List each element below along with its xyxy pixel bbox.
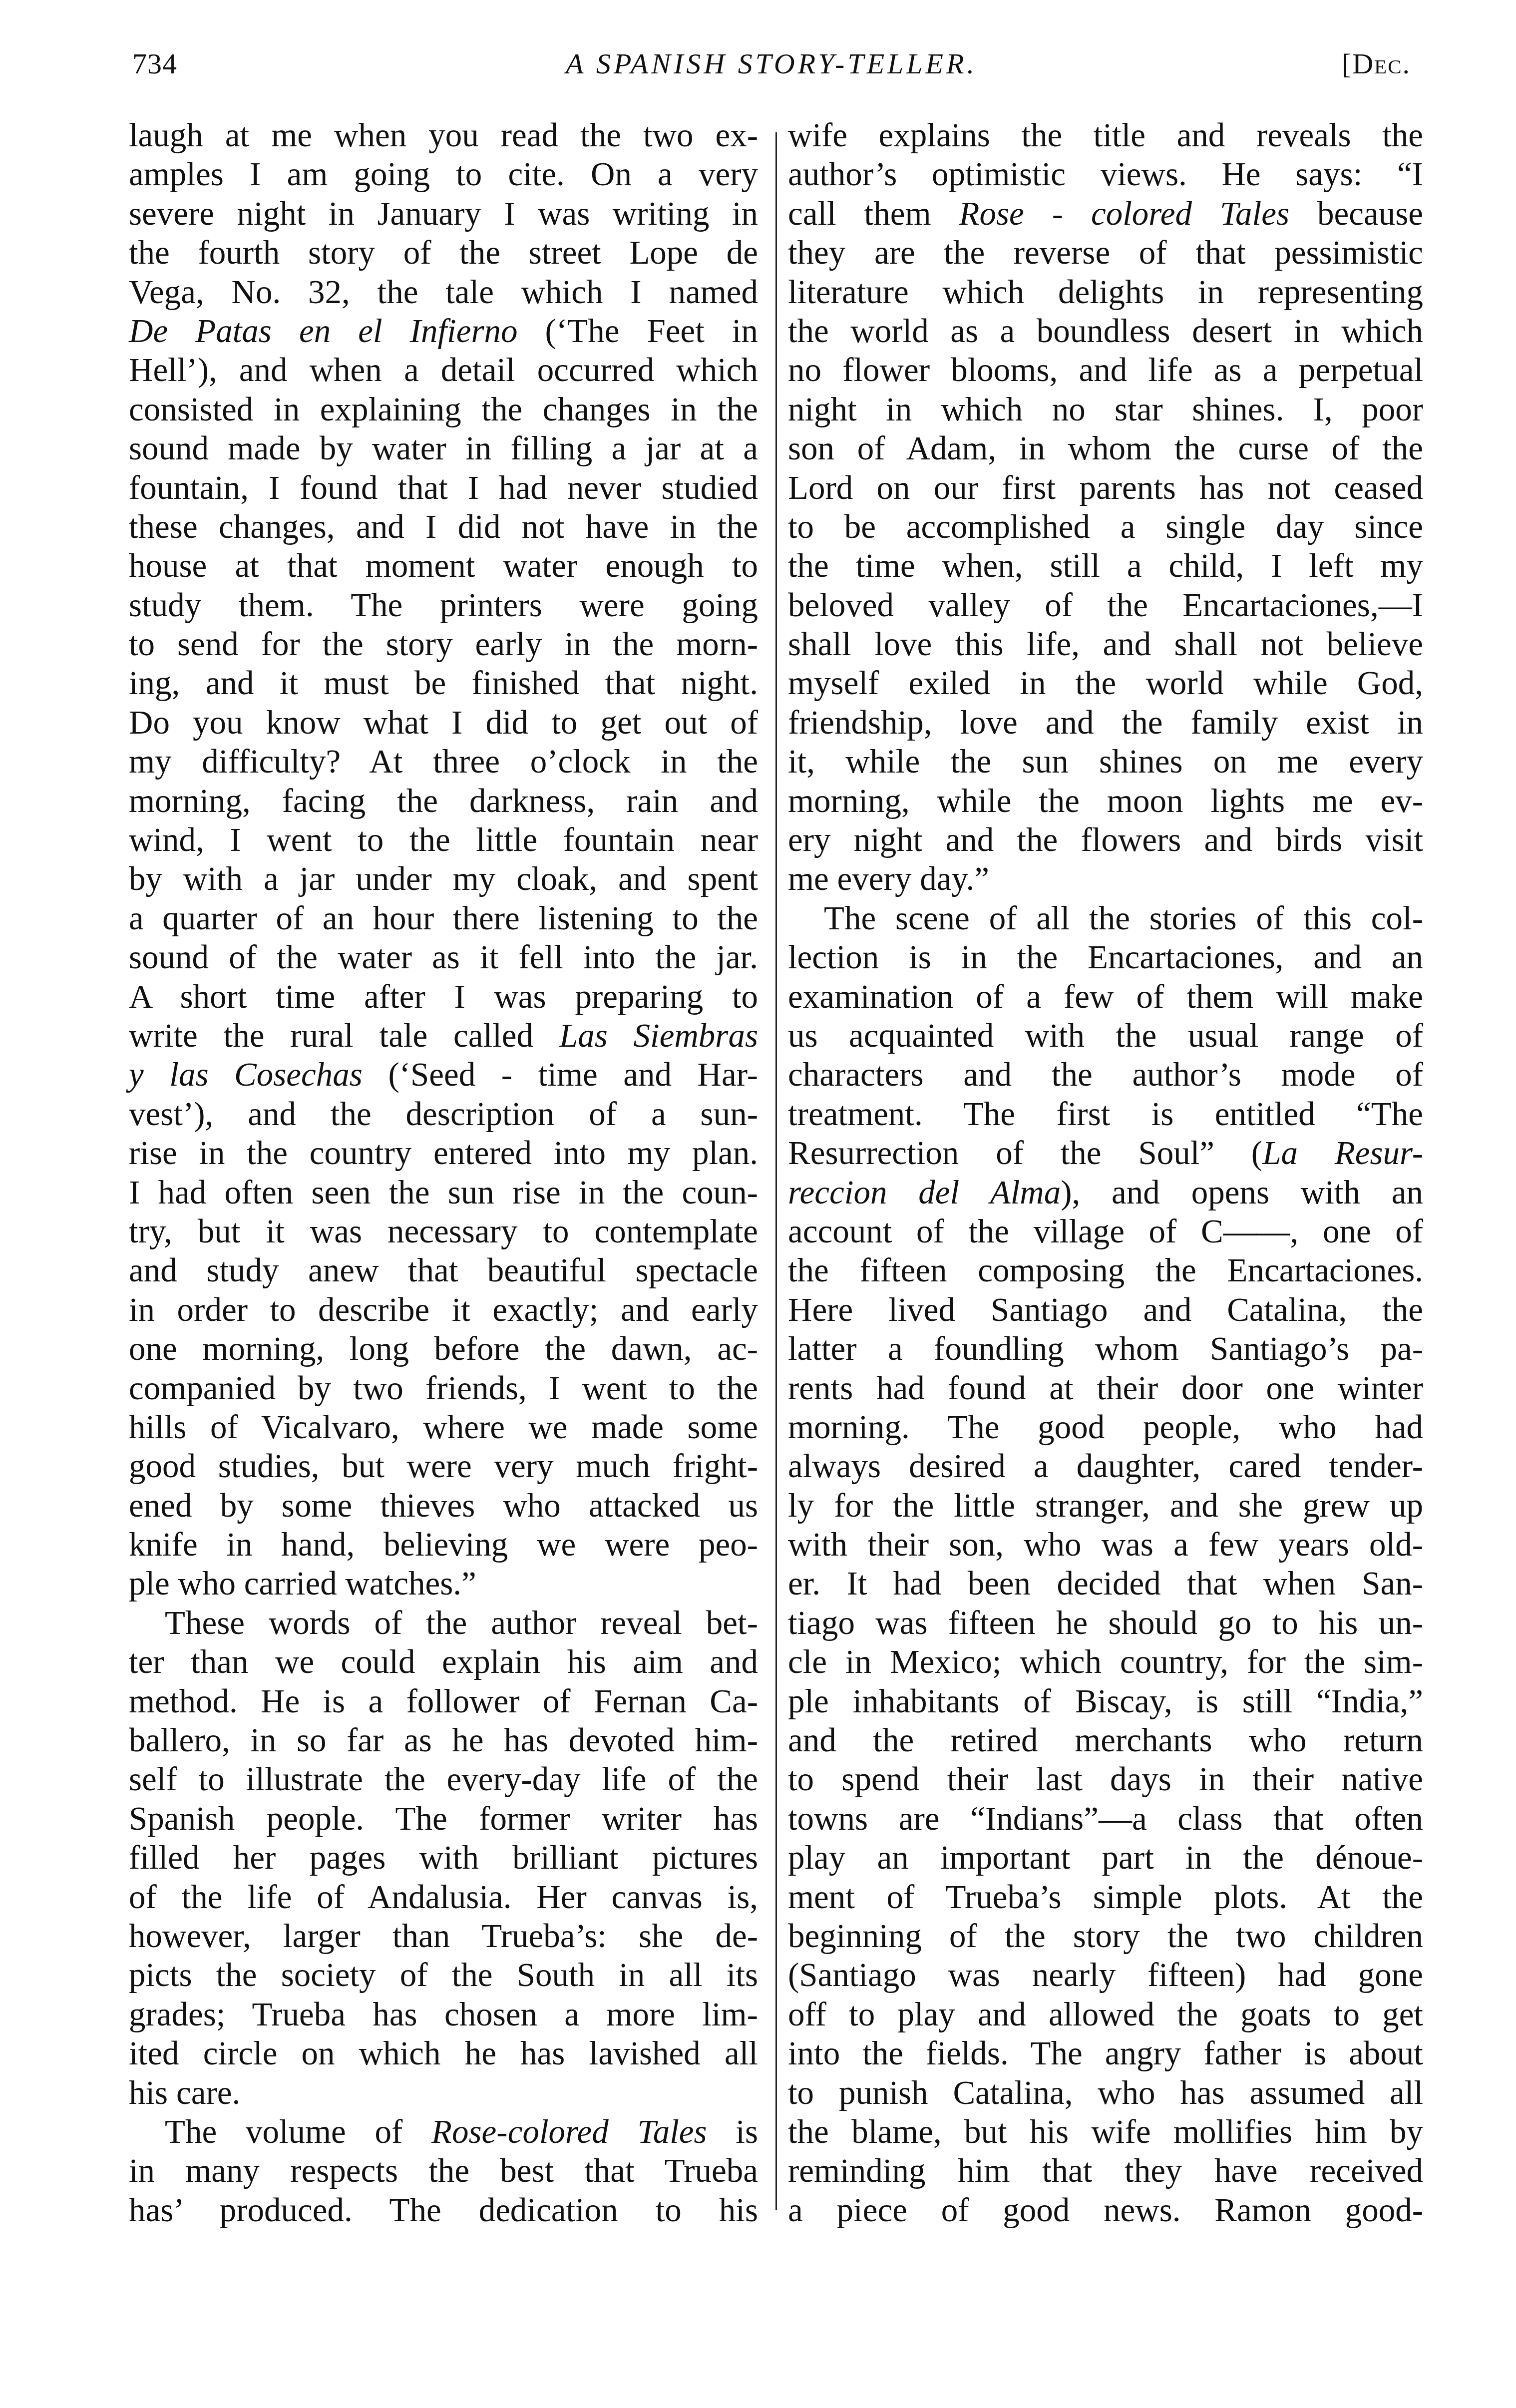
text-line: they are the reverse of that pessimistic (788, 233, 1423, 272)
body-text: Spanish people. The former writer has (129, 1800, 758, 1837)
body-text: to punish Catalina, who has assumed all (788, 2074, 1423, 2111)
text-line: morning. The good people, who had (788, 1408, 1423, 1447)
text-line: y las Cosechas (‘Seed - time and Har- (129, 1055, 758, 1094)
body-text: towns are “Indians”—a class that often (788, 1800, 1423, 1837)
text-line: characters and the author’s mode of (788, 1055, 1423, 1094)
body-text: the fifteen composing the Encartaciones. (788, 1252, 1423, 1289)
text-line: literature which delights in representin… (788, 273, 1423, 312)
text-line: try, but it was necessary to contemplate (129, 1212, 758, 1251)
text-line: the fifteen composing the Encartaciones. (788, 1251, 1423, 1290)
body-text: companied by two friends, I went to the (129, 1370, 758, 1407)
body-text: ened by some thieves who attacked us (129, 1487, 758, 1524)
text-line: author’s optimistic views. He says: “I (788, 155, 1423, 194)
body-text: ly for the little stranger, and she grew… (788, 1487, 1423, 1524)
body-text: wife explains the title and reveals the (788, 117, 1423, 154)
body-text: off to play and allowed the goats to get (788, 1996, 1423, 2033)
text-line: the world as a boundless desert in which (788, 312, 1423, 351)
italic-title-text: y las Cosechas (129, 1056, 363, 1093)
body-text: shall love this life, and shall not beli… (788, 626, 1423, 663)
text-line: er. It had been decided that when San- (788, 1564, 1423, 1603)
italic-title-text: La Resur- (1262, 1135, 1423, 1172)
text-line: ple inhabitants of Biscay, is still “Ind… (788, 1682, 1423, 1721)
text-line: hills of Vicalvaro, where we made some (129, 1408, 758, 1447)
text-line: ited circle on which he has lavished all (129, 2034, 758, 2073)
body-text: fountain, I found that I had never studi… (129, 469, 758, 506)
text-line: ment of Trueba’s simple plots. At the (788, 1878, 1423, 1917)
text-line: it, while the sun shines on me every (788, 742, 1423, 781)
body-text: account of the village of C——, one of (788, 1213, 1423, 1250)
text-line: towns are “Indians”—a class that often (788, 1799, 1423, 1838)
body-text: Vega, No. 32, the tale which I named (129, 274, 758, 311)
body-text: of the life of Andalusia. Her canvas is, (129, 1879, 758, 1916)
text-line: the time when, still a child, I left my (788, 546, 1423, 585)
body-text: Hell’), and when a detail occurred which (129, 352, 758, 389)
body-text: characters and the author’s mode of (788, 1056, 1423, 1093)
body-text: myself exiled in the world while God, (788, 665, 1423, 702)
body-text: wind, I went to the little fountain near (129, 821, 758, 858)
text-line: Hell’), and when a detail occurred which (129, 351, 758, 390)
text-line: self to illustrate the every-day life of… (129, 1760, 758, 1799)
body-text: good studies, but were very much fright- (129, 1448, 758, 1485)
text-line: son of Adam, in whom the curse of the (788, 429, 1423, 468)
book-page: 734 A SPANISH STORY-TELLER. [Dec. laugh … (0, 0, 1516, 2408)
text-line: latter a foundling whom Santiago’s pa- (788, 1329, 1423, 1368)
body-text: cle in Mexico; which country, for the si… (788, 1643, 1423, 1680)
body-text: one morning, long before the dawn, ac- (129, 1330, 758, 1367)
body-text: A short time after I was preparing to (129, 978, 758, 1015)
text-line: fountain, I found that I had never studi… (129, 468, 758, 507)
text-line: study them. The printers were going (129, 586, 758, 625)
text-line: ened by some thieves who attacked us (129, 1486, 758, 1525)
text-line: A short time after I was preparing to (129, 977, 758, 1016)
body-text: in order to describe it exactly; and ear… (129, 1291, 758, 1328)
text-line: filled her pages with brilliant pictures (129, 1838, 758, 1877)
body-text: is (707, 2113, 758, 2150)
body-text: consisted in explaining the changes in t… (129, 391, 758, 428)
text-line: always desired a daughter, cared tender- (788, 1447, 1423, 1486)
body-text: The scene of all the stories of this col… (824, 900, 1423, 937)
body-text: ited circle on which he has lavished all (129, 2035, 758, 2072)
text-line: and the retired merchants who return (788, 1721, 1423, 1760)
body-text: always desired a daughter, cared tender- (788, 1448, 1423, 1485)
body-text: it, while the sun shines on me every (788, 743, 1423, 780)
text-line: vest’), and the description of a sun- (129, 1095, 758, 1134)
text-line: beginning of the story the two children (788, 1917, 1423, 1956)
body-text: friendship, love and the family exist in (788, 704, 1423, 741)
body-text: The volume of (165, 2113, 431, 2150)
body-text: has’ produced. The dedication to his (129, 2192, 758, 2229)
body-text: ing, and it must be finished that night. (129, 665, 758, 702)
text-line: Do you know what I did to get out of (129, 703, 758, 742)
body-text: I had often seen the sun rise in the cou… (129, 1174, 758, 1211)
text-line: no flower blooms, and life as a perpetua… (788, 351, 1423, 390)
text-line: account of the village of C——, one of (788, 1212, 1423, 1251)
text-line: ing, and it must be finished that night. (129, 664, 758, 703)
text-line: house at that moment water enough to (129, 546, 758, 585)
text-line: Resurrection of the Soul” (La Resur- (788, 1134, 1423, 1173)
body-text: and the retired merchants who return (788, 1722, 1423, 1759)
italic-title-text: De Patas en el Infierno (129, 313, 518, 350)
body-text: latter a foundling whom Santiago’s pa- (788, 1330, 1423, 1367)
body-text: to spend their last days in their native (788, 1761, 1423, 1798)
body-text: filled her pages with brilliant pictures (129, 1839, 758, 1876)
text-line: good studies, but were very much fright- (129, 1447, 758, 1486)
body-text: (Santiago was nearly fifteen) had gone (788, 1957, 1423, 1994)
left-column: laugh at me when you read the two ex-amp… (129, 116, 758, 2230)
body-text: These words of the author reveal bet- (165, 1605, 758, 1641)
body-text: ery night and the flowers and birds visi… (788, 821, 1423, 858)
body-text: try, but it was necessary to contemplate (129, 1213, 758, 1250)
body-text: a quarter of an hour there listening to … (129, 900, 758, 937)
text-line: in order to describe it exactly; and ear… (129, 1290, 758, 1329)
text-line: grades; Trueba has chosen a more lim- (129, 1995, 758, 2034)
body-text: ple who carried watches.” (129, 1565, 476, 1602)
body-text: beginning of the story the two children (788, 1918, 1423, 1955)
text-line: ballero, in so far as he has devoted him… (129, 1721, 758, 1760)
text-line: ple who carried watches.” (129, 1564, 758, 1603)
body-text: lection is in the Encartaciones, and an (788, 939, 1423, 976)
text-line: laugh at me when you read the two ex- (129, 116, 758, 155)
text-line: and study anew that beautiful spectacle (129, 1251, 758, 1290)
text-line: a piece of good news. Ramon good- (788, 2191, 1423, 2230)
issue-month: [Dec. (1342, 44, 1411, 84)
text-line: these changes, and I did not have in the (129, 507, 758, 546)
body-text: self to illustrate the every-day life of… (129, 1761, 758, 1798)
body-text: us acquainted with the usual range of (788, 1017, 1423, 1054)
text-line: picts the society of the South in all it… (129, 1956, 758, 1995)
text-line: in many respects the best that Trueba (129, 2151, 758, 2190)
text-line: reccion del Alma), and opens with an (788, 1173, 1423, 1212)
text-line: to spend their last days in their native (788, 1760, 1423, 1799)
body-text: severe night in January I was writing in (129, 195, 758, 232)
text-line: sound made by water in filling a jar at … (129, 429, 758, 468)
body-text: ment of Trueba’s simple plots. At the (788, 1879, 1423, 1916)
italic-title-text: Las Siembras (559, 1017, 758, 1054)
text-line: call them Rose - colored Tales because (788, 194, 1423, 233)
body-text: no flower blooms, and life as a perpetua… (788, 352, 1423, 389)
body-text: picts the society of the South in all it… (129, 1957, 758, 1994)
body-text: a piece of good news. Ramon good- (788, 2192, 1423, 2229)
body-text: the world as a boundless desert in which (788, 313, 1423, 350)
body-text: vest’), and the description of a sun- (129, 1096, 758, 1133)
body-text: these changes, and I did not have in the (129, 508, 758, 545)
text-line: of the life of Andalusia. Her canvas is, (129, 1878, 758, 1917)
body-text: me every day.” (788, 860, 989, 897)
body-text: morning. The good people, who had (788, 1409, 1423, 1446)
text-line: into the fields. The angry father is abo… (788, 2034, 1423, 2073)
body-text: er. It had been decided that when San- (788, 1565, 1423, 1602)
text-line: me every day.” (788, 859, 1423, 898)
text-line: method. He is a follower of Fernan Ca- (129, 1682, 758, 1721)
text-line: The scene of all the stories of this col… (788, 899, 1423, 938)
text-line: however, larger than Trueba’s: she de- (129, 1917, 758, 1956)
text-line: severe night in January I was writing in (129, 194, 758, 233)
text-line: to send for the story early in the morn- (129, 625, 758, 664)
text-line: treatment. The first is entitled “The (788, 1095, 1423, 1134)
body-text: (‘The Feet in (518, 313, 758, 350)
text-line: with their son, who was a few years old- (788, 1525, 1423, 1564)
text-line: write the rural tale called Las Siembras (129, 1016, 758, 1055)
text-line: his care. (129, 2073, 758, 2112)
body-text: beloved valley of the Encartaciones,—I (788, 587, 1423, 624)
body-text: ), and opens with an (1061, 1174, 1423, 1211)
italic-title-text: Rose - colored Tales (959, 195, 1290, 232)
body-text: Here lived Santiago and Catalina, the (788, 1291, 1423, 1328)
body-text: son of Adam, in whom the curse of the (788, 430, 1423, 467)
text-line: Here lived Santiago and Catalina, the (788, 1290, 1423, 1329)
text-line: wind, I went to the little fountain near (129, 820, 758, 859)
running-header: 734 A SPANISH STORY-TELLER. [Dec. (132, 44, 1411, 84)
body-text: study them. The printers were going (129, 587, 758, 624)
text-line: my difficulty? At three o’clock in the (129, 742, 758, 781)
body-text: because (1289, 195, 1423, 232)
text-line: (Santiago was nearly fifteen) had gone (788, 1956, 1423, 1995)
body-text: ple inhabitants of Biscay, is still “Ind… (788, 1683, 1423, 1720)
body-text: into the fields. The angry father is abo… (788, 2035, 1423, 2072)
body-text: the time when, still a child, I left my (788, 547, 1423, 584)
body-text: in many respects the best that Trueba (129, 2152, 758, 2189)
body-text: knife in hand, believing we were peo- (129, 1526, 758, 1563)
text-line: amples I am going to cite. On a very (129, 155, 758, 194)
body-text: rise in the country entered into my plan… (129, 1135, 758, 1172)
body-text: by with a jar under my cloak, and spent (129, 860, 758, 897)
body-text: night in which no star shines. I, poor (788, 391, 1423, 428)
text-line: De Patas en el Infierno (‘The Feet in (129, 312, 758, 351)
body-text: ter than we could explain his aim and (129, 1643, 758, 1680)
body-text: with their son, who was a few years old- (788, 1526, 1423, 1563)
text-line: beloved valley of the Encartaciones,—I (788, 586, 1423, 625)
body-text: the blame, but his wife mollifies him by (788, 2113, 1423, 2150)
body-text: examination of a few of them will make (788, 978, 1423, 1015)
text-line: sound of the water as it fell into the j… (129, 938, 758, 977)
text-line: friendship, love and the family exist in (788, 703, 1423, 742)
text-line: shall love this life, and shall not beli… (788, 625, 1423, 664)
text-line: Spanish people. The former writer has (129, 1799, 758, 1838)
text-line: cle in Mexico; which country, for the si… (788, 1642, 1423, 1681)
text-line: play an important part in the dénoue- (788, 1838, 1423, 1877)
body-text: tiago was fifteen he should go to his un… (788, 1605, 1423, 1641)
text-line: examination of a few of them will make (788, 977, 1423, 1016)
body-text: Resurrection of the Soul” ( (788, 1135, 1262, 1172)
text-line: morning, while the moon lights me ev- (788, 782, 1423, 820)
text-line: the fourth story of the street Lope de (129, 233, 758, 272)
text-line: tiago was fifteen he should go to his un… (788, 1604, 1423, 1642)
text-line: rents had found at their door one winter (788, 1369, 1423, 1408)
body-text: reminding him that they have received (788, 2152, 1423, 2189)
body-text: Lord on our first parents has not ceased (788, 469, 1423, 506)
body-text: ballero, in so far as he has devoted him… (129, 1722, 758, 1759)
body-text: Do you know what I did to get out of (129, 704, 758, 741)
running-title: A SPANISH STORY-TELLER. (132, 44, 1411, 84)
right-column: wife explains the title and reveals thea… (788, 116, 1423, 2230)
text-line: the blame, but his wife mollifies him by (788, 2112, 1423, 2151)
text-line: I had often seen the sun rise in the cou… (129, 1173, 758, 1212)
body-text: house at that moment water enough to (129, 547, 758, 584)
text-line: Lord on our first parents has not ceased (788, 468, 1423, 507)
body-text: rents had found at their door one winter (788, 1370, 1423, 1407)
text-line: lection is in the Encartaciones, and an (788, 938, 1423, 977)
text-line: rise in the country entered into my plan… (129, 1134, 758, 1173)
text-line: one morning, long before the dawn, ac- (129, 1329, 758, 1368)
body-text: method. He is a follower of Fernan Ca- (129, 1683, 758, 1720)
body-text: the fourth story of the street Lope de (129, 234, 758, 271)
body-text: to be accomplished a single day since (788, 508, 1423, 545)
body-text: literature which delights in representin… (788, 274, 1423, 311)
body-text: hills of Vicalvaro, where we made some (129, 1409, 758, 1446)
column-divider (775, 132, 777, 2210)
text-line: to be accomplished a single day since (788, 507, 1423, 546)
text-line: to punish Catalina, who has assumed all (788, 2073, 1423, 2112)
text-line: knife in hand, believing we were peo- (129, 1525, 758, 1564)
body-text: play an important part in the dénoue- (788, 1839, 1423, 1876)
text-line: ter than we could explain his aim and (129, 1642, 758, 1681)
text-line: These words of the author reveal bet- (129, 1604, 758, 1642)
text-line: has’ produced. The dedication to his (129, 2191, 758, 2230)
body-text: his care. (129, 2074, 240, 2111)
text-line: myself exiled in the world while God, (788, 664, 1423, 703)
body-text: write the rural tale called (129, 1017, 559, 1054)
body-text: amples I am going to cite. On a very (129, 156, 758, 193)
italic-title-text: reccion del Alma (788, 1174, 1061, 1211)
text-line: ly for the little stranger, and she grew… (788, 1486, 1423, 1525)
body-text: (‘Seed - time and Har- (363, 1056, 758, 1093)
text-line: off to play and allowed the goats to get (788, 1995, 1423, 2034)
body-text: call them (788, 195, 959, 232)
text-line: The volume of Rose-colored Tales is (129, 2112, 758, 2151)
text-line: us acquainted with the usual range of (788, 1016, 1423, 1055)
body-text: morning, facing the darkness, rain and (129, 783, 758, 819)
text-line: a quarter of an hour there listening to … (129, 899, 758, 938)
text-line: wife explains the title and reveals the (788, 116, 1423, 155)
body-text: my difficulty? At three o’clock in the (129, 743, 758, 780)
text-line: Vega, No. 32, the tale which I named (129, 273, 758, 312)
body-text: treatment. The first is entitled “The (788, 1096, 1423, 1133)
text-line: morning, facing the darkness, rain and (129, 782, 758, 820)
text-line: companied by two friends, I went to the (129, 1369, 758, 1408)
body-text: grades; Trueba has chosen a more lim- (129, 1996, 758, 2033)
text-line: consisted in explaining the changes in t… (129, 390, 758, 429)
body-text: sound of the water as it fell into the j… (129, 939, 758, 976)
body-text: author’s optimistic views. He says: “I (788, 156, 1423, 193)
text-line: night in which no star shines. I, poor (788, 390, 1423, 429)
body-text: to send for the story early in the morn- (129, 626, 758, 663)
body-text: however, larger than Trueba’s: she de- (129, 1918, 758, 1955)
body-text: they are the reverse of that pessimistic (788, 234, 1423, 271)
body-text: and study anew that beautiful spectacle (129, 1252, 758, 1289)
body-text: sound made by water in filling a jar at … (129, 430, 758, 467)
italic-title-text: Rose-colored Tales (431, 2113, 707, 2150)
body-text: morning, while the moon lights me ev- (788, 783, 1423, 819)
body-text: laugh at me when you read the two ex- (129, 117, 758, 154)
text-line: ery night and the flowers and birds visi… (788, 820, 1423, 859)
text-line: by with a jar under my cloak, and spent (129, 859, 758, 898)
text-line: reminding him that they have received (788, 2151, 1423, 2190)
